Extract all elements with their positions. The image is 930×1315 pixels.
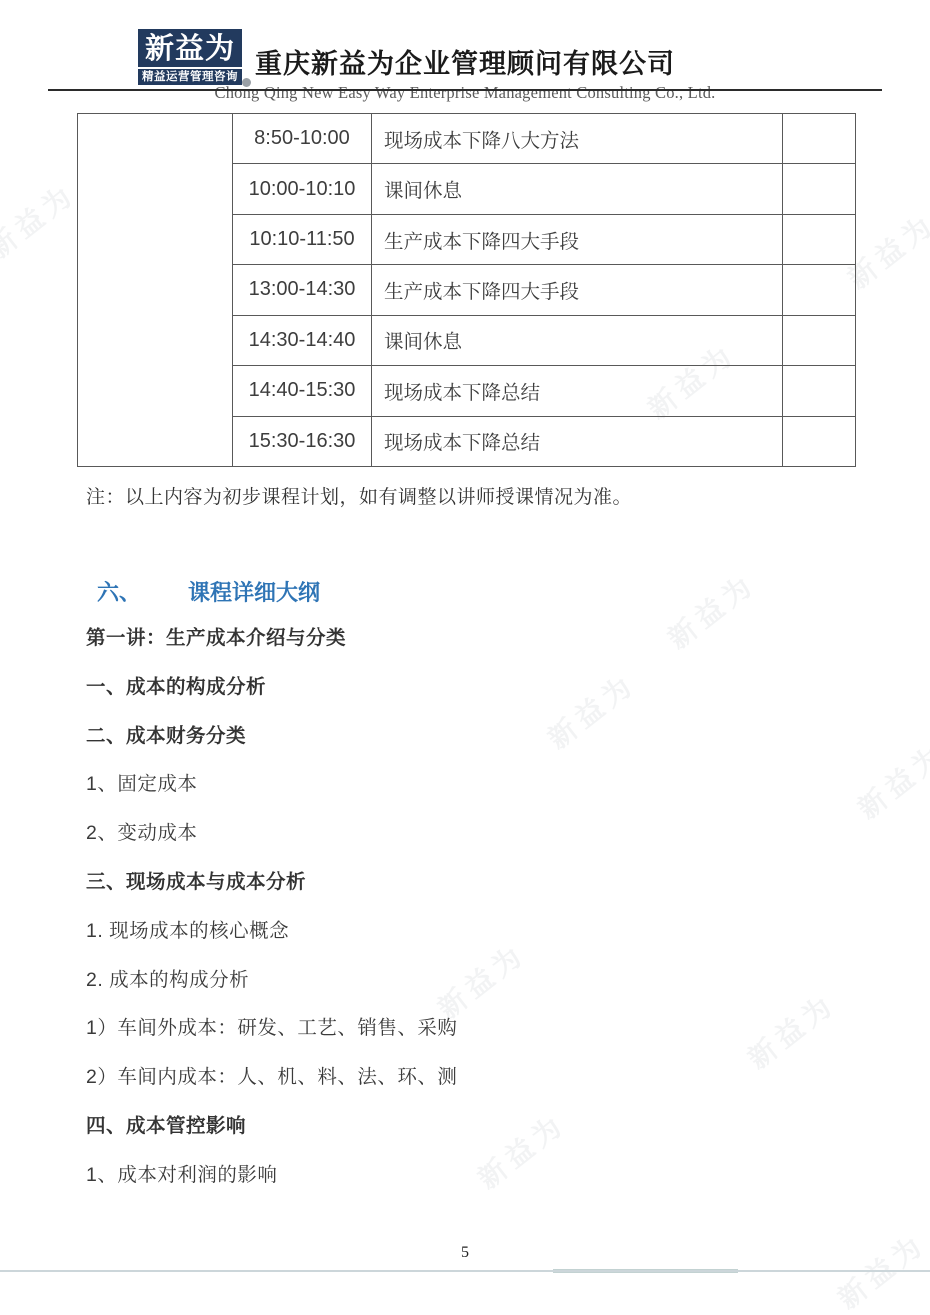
table-row: 8:50-10:00 现场成本下降八大方法 xyxy=(78,114,856,164)
company-name-block: 重庆新益为企业管理顾问有限公司 Chong Qing New Easy Way … xyxy=(0,42,930,103)
topic-cell: 生产成本下降四大手段 xyxy=(372,265,783,315)
empty-cell xyxy=(783,315,856,365)
empty-cell xyxy=(783,214,856,264)
page-number: 5 xyxy=(0,1244,930,1262)
empty-cell xyxy=(783,114,856,164)
watermark-text: 新益为 xyxy=(0,173,84,267)
empty-cell xyxy=(783,164,856,214)
time-cell: 14:30-14:40 xyxy=(233,315,372,365)
empty-cell xyxy=(783,265,856,315)
company-name-en: Chong Qing New Easy Way Enterprise Manag… xyxy=(0,83,930,103)
outline-item: 一、成本的构成分析 xyxy=(86,663,457,712)
company-name-cn: 重庆新益为企业管理顾问有限公司 xyxy=(0,42,930,81)
topic-cell: 现场成本下降八大方法 xyxy=(372,114,783,164)
time-cell: 10:00-10:10 xyxy=(233,164,372,214)
section-number: 六、 xyxy=(97,580,141,605)
outline-item: 1、固定成本 xyxy=(86,760,457,809)
outline-item: 1. 现场成本的核心概念 xyxy=(86,907,457,956)
topic-cell: 现场成本下降总结 xyxy=(372,366,783,416)
time-cell: 8:50-10:00 xyxy=(233,114,372,164)
time-cell: 14:40-15:30 xyxy=(233,366,372,416)
outline-item: 二、成本财务分类 xyxy=(86,712,457,761)
watermark-text: 新益为 xyxy=(828,1223,930,1315)
watermark-text: 新益为 xyxy=(538,663,643,757)
topic-cell: 生产成本下降四大手段 xyxy=(372,214,783,264)
watermark-text: 新益为 xyxy=(848,733,930,827)
topic-cell: 课间休息 xyxy=(372,315,783,365)
topic-cell: 课间休息 xyxy=(372,164,783,214)
watermark-text: 新益为 xyxy=(658,563,763,657)
outline-item: 2、变动成本 xyxy=(86,809,457,858)
watermark-text: 新益为 xyxy=(468,1103,573,1197)
outline-item: 四、成本管控影响 xyxy=(86,1102,457,1151)
time-cell: 10:10-11:50 xyxy=(233,214,372,264)
course-outline: 第一讲：生产成本介绍与分类 一、成本的构成分析 二、成本财务分类 1、固定成本 … xyxy=(86,614,457,1200)
schedule-table: 8:50-10:00 现场成本下降八大方法 10:00-10:10 课间休息 1… xyxy=(77,113,856,467)
empty-cell xyxy=(783,366,856,416)
section-heading: 六、课程详细大纲 xyxy=(97,576,320,607)
section-title: 课程详细大纲 xyxy=(188,580,320,605)
outline-item: 1、成本对利润的影响 xyxy=(86,1151,457,1200)
document-page: 新益为 新益为 新益为 新益为 新益为 新益为 新益为 新益为 新益为 新益为 … xyxy=(0,0,930,1315)
table-note: 注：以上内容为初步课程计划，如有调整以讲师授课情况为准。 xyxy=(86,482,632,509)
empty-cell xyxy=(783,416,856,466)
header-divider xyxy=(48,89,882,91)
topic-cell: 现场成本下降总结 xyxy=(372,416,783,466)
time-cell: 15:30-16:30 xyxy=(233,416,372,466)
merged-empty-cell xyxy=(78,114,233,467)
page-header: 新益为 精益运营管理咨询 重庆新益为企业管理顾问有限公司 Chong Qing … xyxy=(0,0,930,92)
outline-item: 2）车间内成本：人、机、料、法、环、测 xyxy=(86,1053,457,1102)
footer-divider xyxy=(0,1270,930,1272)
time-cell: 13:00-14:30 xyxy=(233,265,372,315)
outline-item: 第一讲：生产成本介绍与分类 xyxy=(86,614,457,663)
outline-item: 2. 成本的构成分析 xyxy=(86,956,457,1005)
outline-item: 1）车间外成本：研发、工艺、销售、采购 xyxy=(86,1004,457,1053)
outline-item: 三、现场成本与成本分析 xyxy=(86,858,457,907)
watermark-text: 新益为 xyxy=(738,983,843,1077)
